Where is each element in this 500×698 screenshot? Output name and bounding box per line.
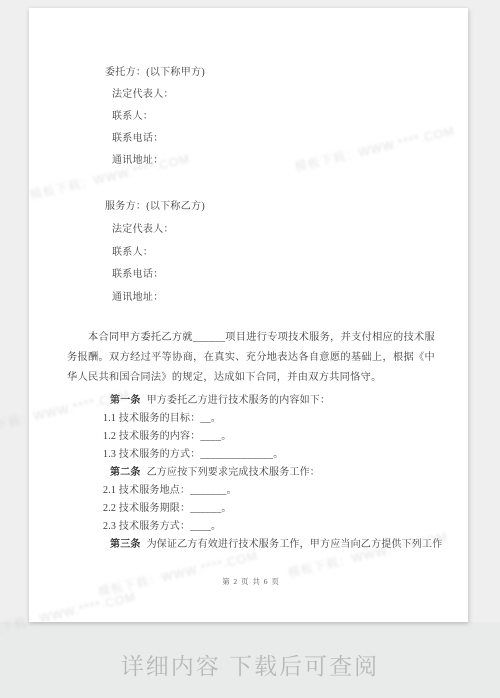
party-a-legal-rep-label: 法定代表人： [112,84,435,106]
clause-1-item-2: 1.2 技术服务的内容：____。 [103,428,435,446]
clause-1-item-1: 1.1 技术服务的目标：__。 [103,410,435,428]
intro-paragraph: 本合同甲方委托乙方就______项目进行专项技术服务，并支付相应的技术服务报酬。… [67,328,435,388]
party-b-legal-rep-label: 法定代表人： [112,219,435,242]
page-number-footer: 第 2 页 共 6 页 [67,577,435,587]
party-a-phone-label: 联系电话： [112,128,435,150]
clause-2-heading: 第二条乙方应按下列要求完成技术服务工作： [110,464,435,482]
document-preview: 委托方：(以下称甲方) 法定代表人： 联系人： 联系电话： 通讯地址： 服务方：… [0,0,500,698]
clause-1-heading: 第一条甲方委托乙方进行技术服务的内容如下： [110,392,435,410]
party-b-address-label: 通讯地址： [112,287,435,310]
clause-2-item-2: 2.2 技术服务期限：______。 [103,500,435,518]
clause-3-text: 为保证乙方有效进行技术服务工作，甲方应当向乙方提供下列工作 [147,539,443,550]
party-a-title: 委托方：(以下称甲方) [105,62,435,84]
clause-3-number: 第三条 [110,539,141,550]
clause-2-number: 第二条 [110,467,141,478]
party-a-block: 委托方：(以下称甲方) 法定代表人： 联系人： 联系电话： 通讯地址： [67,62,435,172]
contract-page: 委托方：(以下称甲方) 法定代表人： 联系人： 联系电话： 通讯地址： 服务方：… [29,8,468,622]
clauses: 第一条甲方委托乙方进行技术服务的内容如下： 1.1 技术服务的目标：__。 1.… [67,392,435,554]
party-a-contact-label: 联系人： [112,106,435,128]
party-b-phone-label: 联系电话： [112,264,435,287]
preview-notice: 详细内容 下载后可查阅 [0,648,500,681]
party-a-address-label: 通讯地址： [112,150,435,172]
party-b-contact-label: 联系人： [112,242,435,265]
clause-2-item-1: 2.1 技术服务地点：_______。 [103,482,435,500]
clause-3-heading: 第三条为保证乙方有效进行技术服务工作，甲方应当向乙方提供下列工作 [110,536,435,554]
clause-2-item-3: 2.3 技术服务方式：____。 [103,518,435,536]
clause-2-text: 乙方应按下列要求完成技术服务工作： [147,467,320,478]
party-b-block: 服务方：(以下称乙方) 法定代表人： 联系人： 联系电话： 通讯地址： [67,196,435,310]
clause-1-text: 甲方委托乙方进行技术服务的内容如下： [147,395,331,406]
clause-1-number: 第一条 [110,395,141,406]
party-b-title: 服务方：(以下称乙方) [105,196,435,219]
clause-1-item-3: 1.3 技术服务的方式：______________。 [103,446,435,464]
